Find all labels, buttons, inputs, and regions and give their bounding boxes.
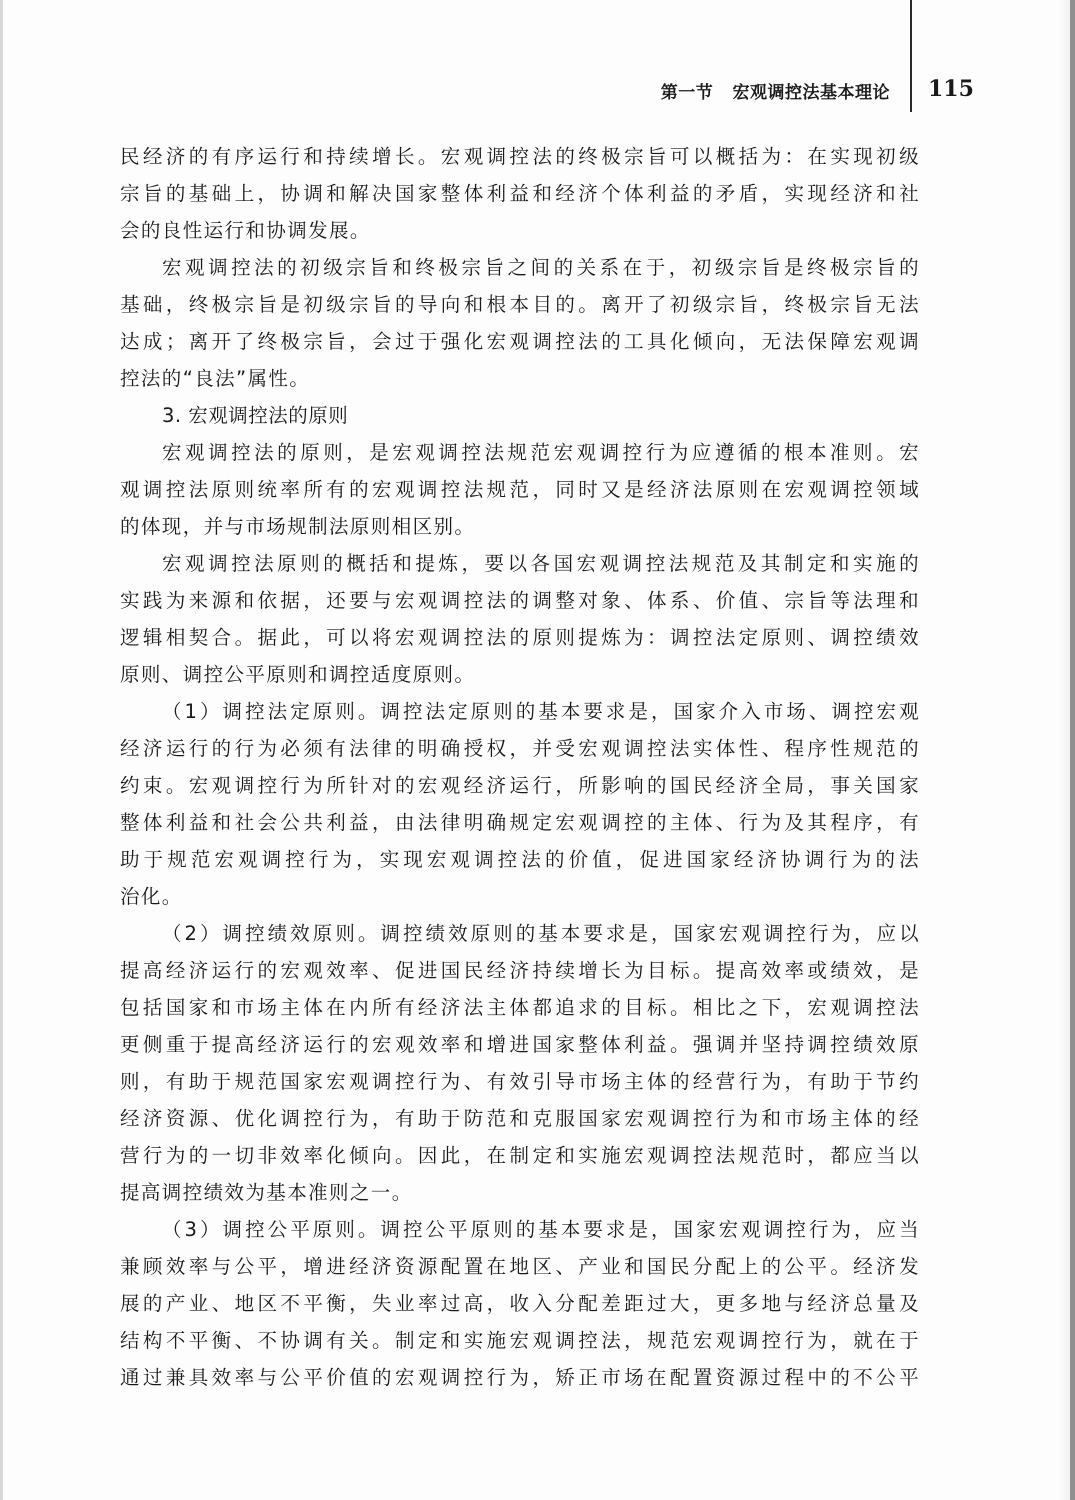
text-line: 的体现，并与市场规制法原则相区别。 [120,508,920,545]
text-line: 宏观调控法的原则，是宏观调控法规范宏观调控行为应遵循的根本准则。宏 [120,434,920,471]
page-right-edge [1070,0,1075,1500]
text-line: 整体利益和社会公共利益，由法律明确规定宏观调控的主体、行为及其程序，有 [120,804,920,841]
text-line: 基础，终极宗旨是初级宗旨的导向和根本目的。离开了初级宗旨，终极宗旨无法 [120,286,920,323]
section-title: 第一节 宏观调控法基本理论 [661,78,890,103]
text-line: 通过兼具效率与公平价值的宏观调控行为，矫正市场在配置资源过程中的不公平 [120,1359,920,1396]
subsection-heading: 3. 宏观调控法的原则 [120,397,920,434]
text-line: 民经济的有序运行和持续增长。宏观调控法的终极宗旨可以概括为：在实现初级 [120,138,920,175]
text-line: 提高调控绩效为基本准则之一。 [120,1174,920,1211]
text-line: 助于规范宏观调控行为，实现宏观调控法的价值，促进国家经济协调行为的法 [120,841,920,878]
paragraph-efficiency-principle: （2）调控绩效原则。调控绩效原则的基本要求是，国家宏观调控行为，应以 提高经济运… [120,915,920,1211]
text-line: 逻辑相契合。据此，可以将宏观调控法的原则提炼为：调控法定原则、调控绩效 [120,619,920,656]
text-line: 结构不平衡、不协调有关。制定和实施宏观调控法，规范宏观调控行为，就在于 [120,1322,920,1359]
text-line: 提高经济运行的宏观效率、促进国民经济持续增长为目标。提高效率或绩效，是 [120,952,920,989]
paragraph-purpose-relation: 宏观调控法的初级宗旨和终极宗旨之间的关系在于，初级宗旨是终极宗旨的 基础，终极宗… [120,249,920,397]
text-line: 更侧重于提高经济运行的宏观效率和增进国家整体利益。强调并坚持调控绩效原 [120,1026,920,1063]
text-line: 展的产业、地区不平衡，失业率过高，收入分配差距过大，更多地与经济总量及 [120,1285,920,1322]
text-line: 兼顾效率与公平，增进经济资源配置在地区、产业和国民分配上的公平。经济发 [120,1248,920,1285]
paragraph-principle-summary: 宏观调控法原则的概括和提炼，要以各国宏观调控法规范及其制定和实施的 实践为来源和… [120,545,920,693]
paragraph-legality-principle: （1）调控法定原则。调控法定原则的基本要求是，国家介入市场、调控宏观 经济运行的… [120,693,920,915]
text-line: 约束。宏观调控行为所针对的宏观经济运行，所影响的国民经济全局，事关国家 [120,767,920,804]
page-left-edge [0,0,3,1500]
text-line: 经济运行的行为必须有法律的明确授权，并受宏观调控法实体性、程序性规范的 [120,730,920,767]
text-line: 观调控法原则统率所有的宏观调控法规范，同时又是经济法原则在宏观调控领域 [120,471,920,508]
text-line: 则，有助于规范国家宏观调控行为、有效引导市场主体的经营行为，有助于节约 [120,1063,920,1100]
text-line: 宏观调控法原则的概括和提炼，要以各国宏观调控法规范及其制定和实施的 [120,545,920,582]
text-line: 会的良性运行和协调发展。 [120,212,920,249]
text-line: 宗旨的基础上，协调和解决国家整体利益和经济个体利益的矛盾，实现经济和社 [120,175,920,212]
paragraph-principle-definition: 宏观调控法的原则，是宏观调控法规范宏观调控行为应遵循的根本准则。宏 观调控法原则… [120,434,920,545]
paragraph-fairness-principle: （3）调控公平原则。调控公平原则的基本要求是，国家宏观调控行为，应当 兼顾效率与… [120,1211,920,1396]
text-line: 包括国家和市场主体在内所有经济法主体都追求的目标。相比之下，宏观调控法 [120,989,920,1026]
text-line: （3）调控公平原则。调控公平原则的基本要求是，国家宏观调控行为，应当 [120,1211,920,1248]
text-line: 营行为的一切非效率化倾向。因此，在制定和实施宏观调控法规范时，都应当以 [120,1137,920,1174]
text-line: 宏观调控法的初级宗旨和终极宗旨之间的关系在于，初级宗旨是终极宗旨的 [120,249,920,286]
page-gutter-shade [1058,0,1070,1500]
text-line: 实践为来源和依据，还要与宏观调控法的调整对象、体系、价值、宗旨等法理和 [120,582,920,619]
text-line: （2）调控绩效原则。调控绩效原则的基本要求是，国家宏观调控行为，应以 [120,915,920,952]
body-text: 民经济的有序运行和持续增长。宏观调控法的终极宗旨可以概括为：在实现初级 宗旨的基… [120,138,920,1396]
text-line: 原则、调控公平原则和调控适度原则。 [120,656,920,693]
text-line: 经济资源、优化调控行为，有助于防范和克服国家宏观调控行为和市场主体的经 [120,1100,920,1137]
running-head: 第一节 宏观调控法基本理论 115 [0,76,1075,106]
text-line: 治化。 [120,878,920,915]
text-line: 达成；离开了终极宗旨，会过于强化宏观调控法的工具化倾向，无法保障宏观调 [120,323,920,360]
paragraph-continuation: 民经济的有序运行和持续增长。宏观调控法的终极宗旨可以概括为：在实现初级 宗旨的基… [120,138,920,249]
text-line: 控法的“良法”属性。 [120,360,920,397]
page-number: 115 [928,76,974,102]
text-line: （1）调控法定原则。调控法定原则的基本要求是，国家介入市场、调控宏观 [120,693,920,730]
